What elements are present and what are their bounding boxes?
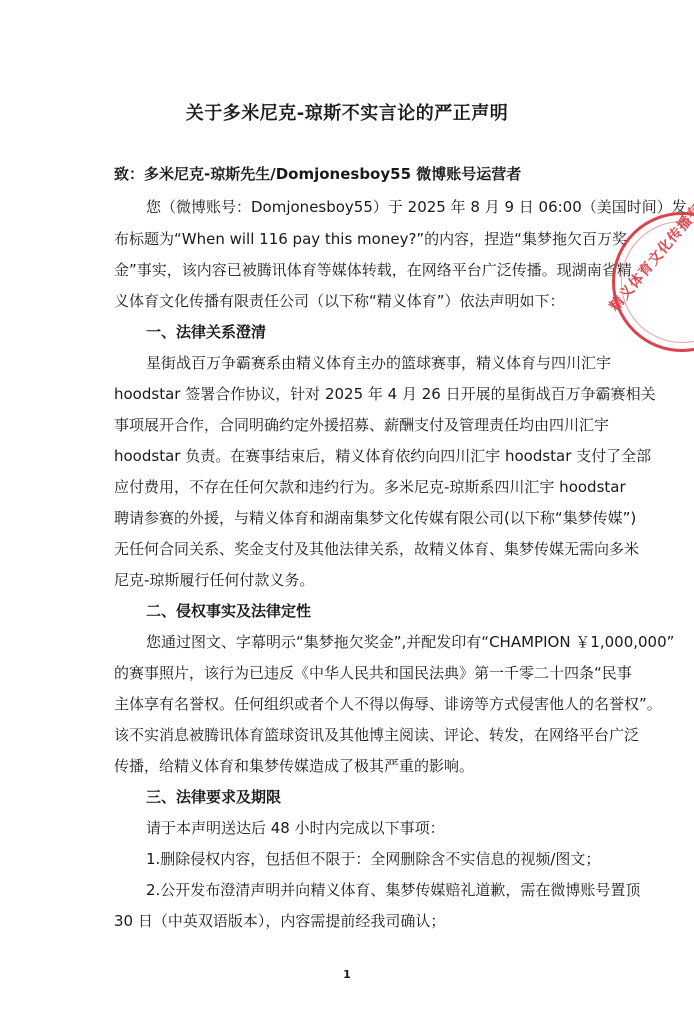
body-text-line: 该不实消息被腾讯体育篮球资讯及其他博主阅读、评论、转发，在网络平台广泛 <box>114 725 639 745</box>
body-text-line: 传播，给精义体育和集梦传媒造成了极其严重的影响。 <box>114 756 474 776</box>
body-text-line: 星街战百万争霸赛系由精义体育主办的篮球赛事，精义体育与四川汇宇 <box>146 353 611 373</box>
body-text-line: 的赛事照片，该行为已违反《中华人民共和国民法典》第一千零二十四条“民事 <box>114 663 632 683</box>
section-heading: 二、侵权事实及法律定性 <box>146 601 311 621</box>
body-text-line: 义体育文化传播有限责任公司（以下称“精义体育”）依法声明如下： <box>114 291 565 311</box>
document-title: 关于多米尼克-琼斯不实言论的严正声明 <box>0 99 694 125</box>
body-text-line: 30 日（中英双语版本），内容需提前经我司确认； <box>114 911 445 931</box>
section-heading: 致：多米尼克-琼斯先生/Domjonesboy55 微博账号运营者 <box>114 164 521 184</box>
body-text-line: hoodstar 签署合作协议，针对 2025 年 4 月 26 日开展的星街战… <box>114 384 656 404</box>
body-text-line: 尼克-琼斯履行任何付款义务。 <box>114 570 314 590</box>
section-heading: 三、法律要求及期限 <box>146 787 281 807</box>
body-text-line: 2.公开发布澄清声明并向精义体育、集梦传媒赔礼道歉，需在微博账号置顶 <box>146 880 640 900</box>
body-text-line: 布标题为“When will 116 pay this money?”的内容，捏… <box>114 229 627 249</box>
body-text-line: 请于本声明送达后 48 小时内完成以下事项： <box>146 818 445 838</box>
body-text-line: hoodstar 负责。在赛事结束后，精义体育依约向四川汇宇 hoodstar … <box>114 446 651 466</box>
body-text-line: 1.删除侵权内容，包括但不限于：全网删除含不实信息的视频/图文； <box>146 849 600 869</box>
body-text-line: 聘请参赛的外援，与精义体育和湖南集梦文化传媒有限公司(以下称“集梦传媒”) <box>114 508 636 528</box>
body-text-line: 金”事实，该内容已被腾讯体育等媒体转载，在网络平台广泛传播。现湖南省精 <box>114 260 632 280</box>
body-text-line: 您（微博账号：Domjonesboy55）于 2025 年 8 月 9 日 06… <box>146 197 687 217</box>
page-number: 1 <box>0 968 694 981</box>
section-heading: 一、法律关系澄清 <box>146 322 266 342</box>
document-page: 关于多米尼克-琼斯不实言论的严正声明 致：多米尼克-琼斯先生/Domjonesb… <box>0 0 694 1024</box>
body-text-line: 应付费用，不存在任何欠款和违约行为。多米尼克-琼斯系四川汇宇 hoodstar <box>114 477 626 497</box>
body-text-line: 事项展开合作，合同明确约定外援招募、薪酬支付及管理责任均由四川汇宇 <box>114 415 609 435</box>
body-text-line: 主体享有名誉权。任何组织或者个人不得以侮辱、诽谤等方式侵害他人的名誉权”。 <box>114 694 662 714</box>
body-text-line: 无任何合同关系、奖金支付及其他法律关系，故精义体育、集梦传媒无需向多米 <box>114 539 639 559</box>
body-text-line: 您通过图文、字幕明示“集梦拖欠奖金”,并配发印有“CHAMPION ￥1,000… <box>146 632 674 652</box>
